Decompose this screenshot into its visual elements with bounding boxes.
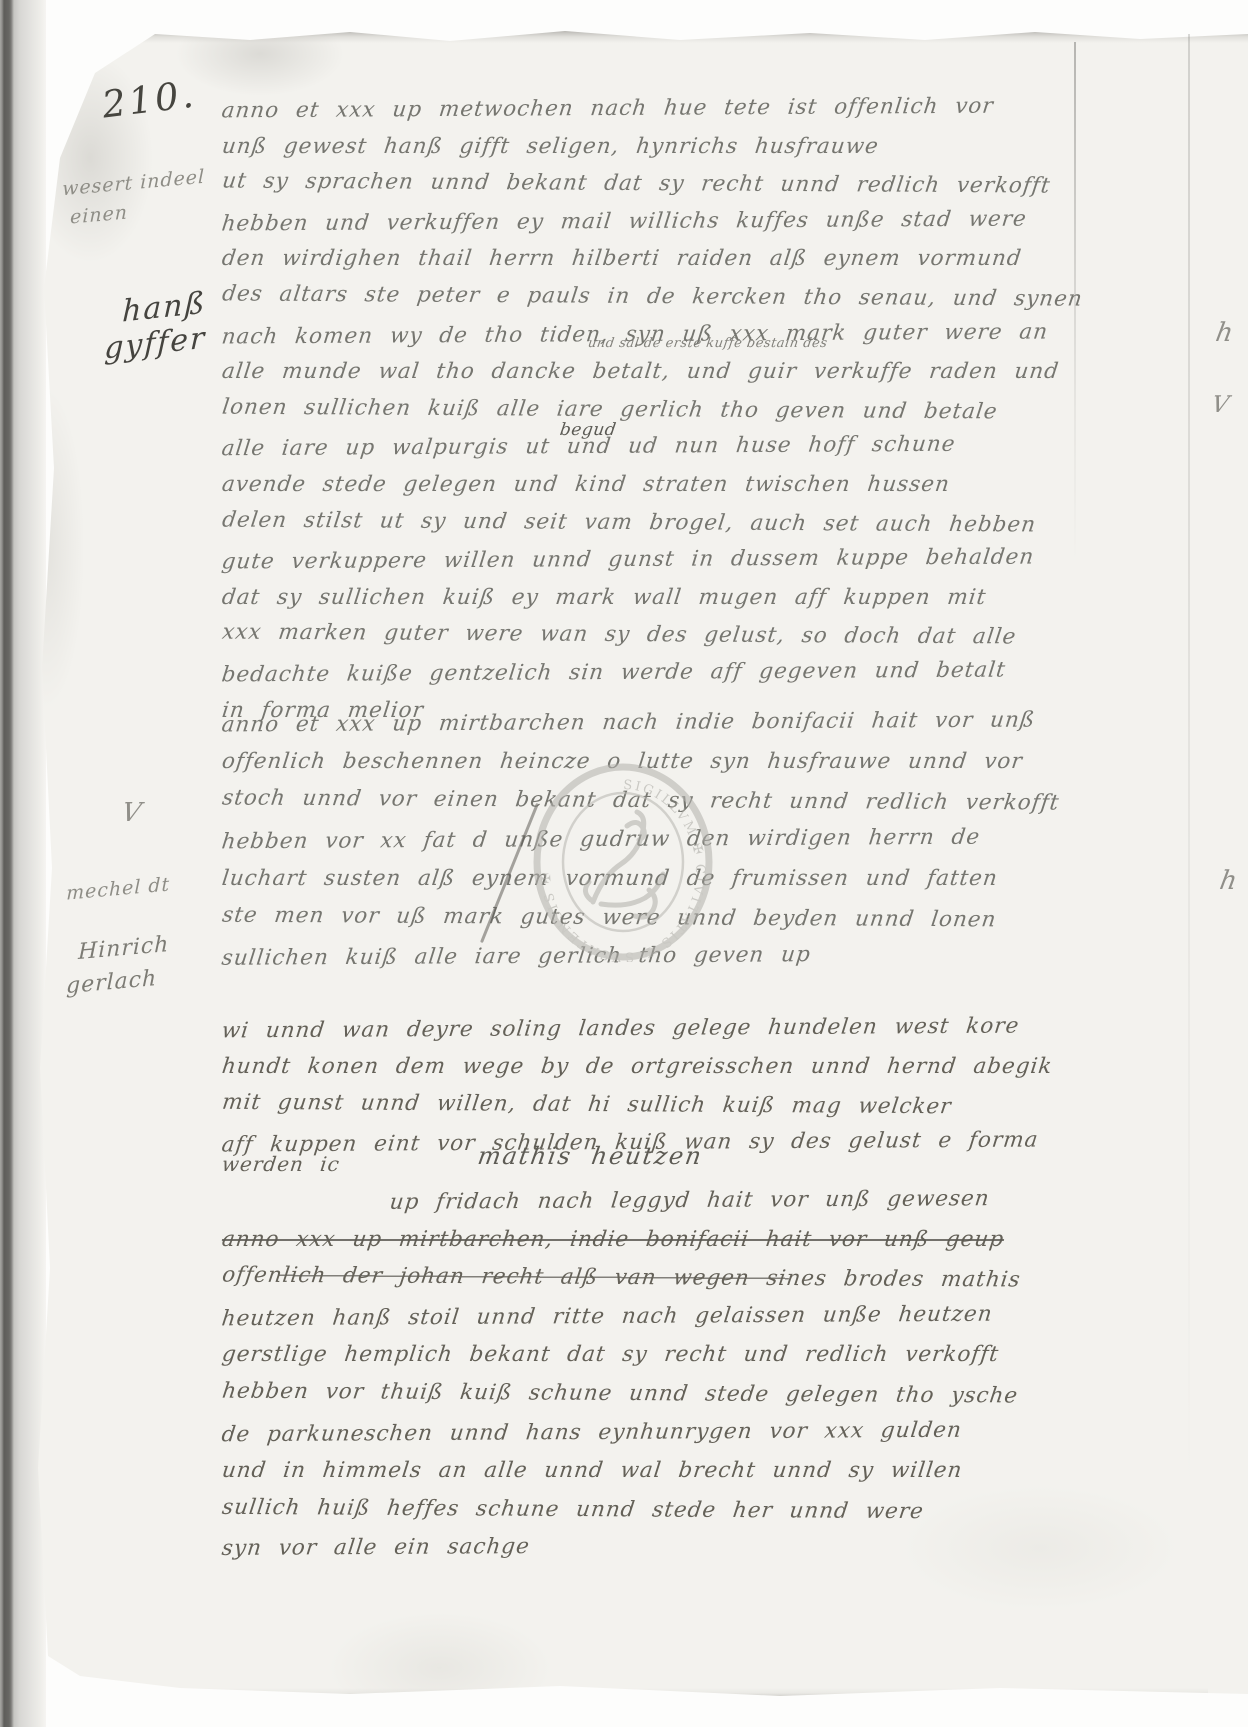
signature-mathis-heutzen: mathis heutzen (476, 1142, 705, 1170)
manuscript-line: anno et xxx up mirtbarchen nach indie bo… (220, 708, 1036, 738)
manuscript-line: hebben vor thuiß kuiß schune unnd stede … (221, 1379, 1020, 1409)
manuscript-line: de parkuneschen unnd hans eynhunrygen vo… (220, 1418, 963, 1448)
manuscript-line: alle munde wal tho dancke betalt, und gu… (220, 359, 1060, 384)
manuscript-line: sullichen kuiß alle iare gerlich tho gev… (220, 942, 812, 971)
manuscript-line: delen stilst ut sy und seit vam brogel, … (221, 508, 1038, 538)
manuscript-line: avende stede gelegen und kind straten tw… (220, 472, 951, 497)
fold-crease-line (1188, 34, 1190, 1494)
manuscript-line: mit gunst unnd willen, dat hi sullich ku… (221, 1090, 953, 1119)
manuscript-line: syn vor alle ein sachge (220, 1534, 531, 1561)
manuscript-line: ut sy sprachen unnd bekant dat sy recht … (221, 168, 1052, 198)
manuscript-line: alle iare up walpurgis ut und ud nun hus… (220, 432, 957, 461)
manuscript-line: up fridach nach leggyd hait vor unß gewe… (388, 1186, 991, 1215)
closing-mark: werden ic (221, 1152, 342, 1176)
manuscript-line: hebben und verkuffen ey mail willichs ku… (220, 207, 1028, 237)
seal-heraldic-lion (585, 812, 663, 917)
manuscript-line: nach komen wy de tho tiden, syn uß xxx m… (220, 319, 1049, 349)
manuscript-line: offenlich der johan recht alß van wegen … (221, 1263, 1023, 1293)
manuscript-line: sullich huiß heffes schune unnd stede he… (221, 1495, 926, 1524)
manuscript-line: des altars ste peter e pauls in de kerck… (221, 281, 1085, 311)
manuscript-line: heutzen hanß stoil unnd ritte nach gelai… (220, 1302, 994, 1332)
manuscript-line: den wirdighen thail herrn hilberti raide… (220, 246, 1023, 271)
manuscript-line: dat sy sullichen kuiß ey mark wall mugen… (220, 585, 987, 610)
manuscript-line: hundt konen dem wege by de ortgreisschen… (220, 1054, 1054, 1079)
library-seal-stamp: SIGILLVM ✠ CIVITATIS ✠ SVSATENSIS ✠ (531, 762, 715, 962)
manuscript-line: und in himmels an alle unnd wal brecht u… (220, 1458, 963, 1483)
manuscript-line: xxx marken guter were wan sy des gelust,… (221, 620, 1018, 650)
manuscript-line: wi unnd wan deyre soling landes gelege h… (220, 1014, 1021, 1044)
manuscript-line: gute verkuppere willen unnd gunst in dus… (220, 545, 1035, 575)
manuscript-line: gerstlige hemplich bekant dat sy recht u… (220, 1342, 1000, 1367)
manuscript-line: anno xxx up mirtbarchen, indie bonifacii… (220, 1227, 1005, 1252)
manuscript-line: anno et xxx up metwochen nach hue tete i… (220, 94, 995, 124)
manuscript-line: unß gewest hanß gifft seligen, hynrichs … (220, 134, 880, 159)
manuscript-line: lonen sullichen kuiß alle iare gerlich t… (221, 395, 999, 425)
manuscript-line: bedachte kuiße gentzelich sin werde aff … (220, 658, 1007, 688)
